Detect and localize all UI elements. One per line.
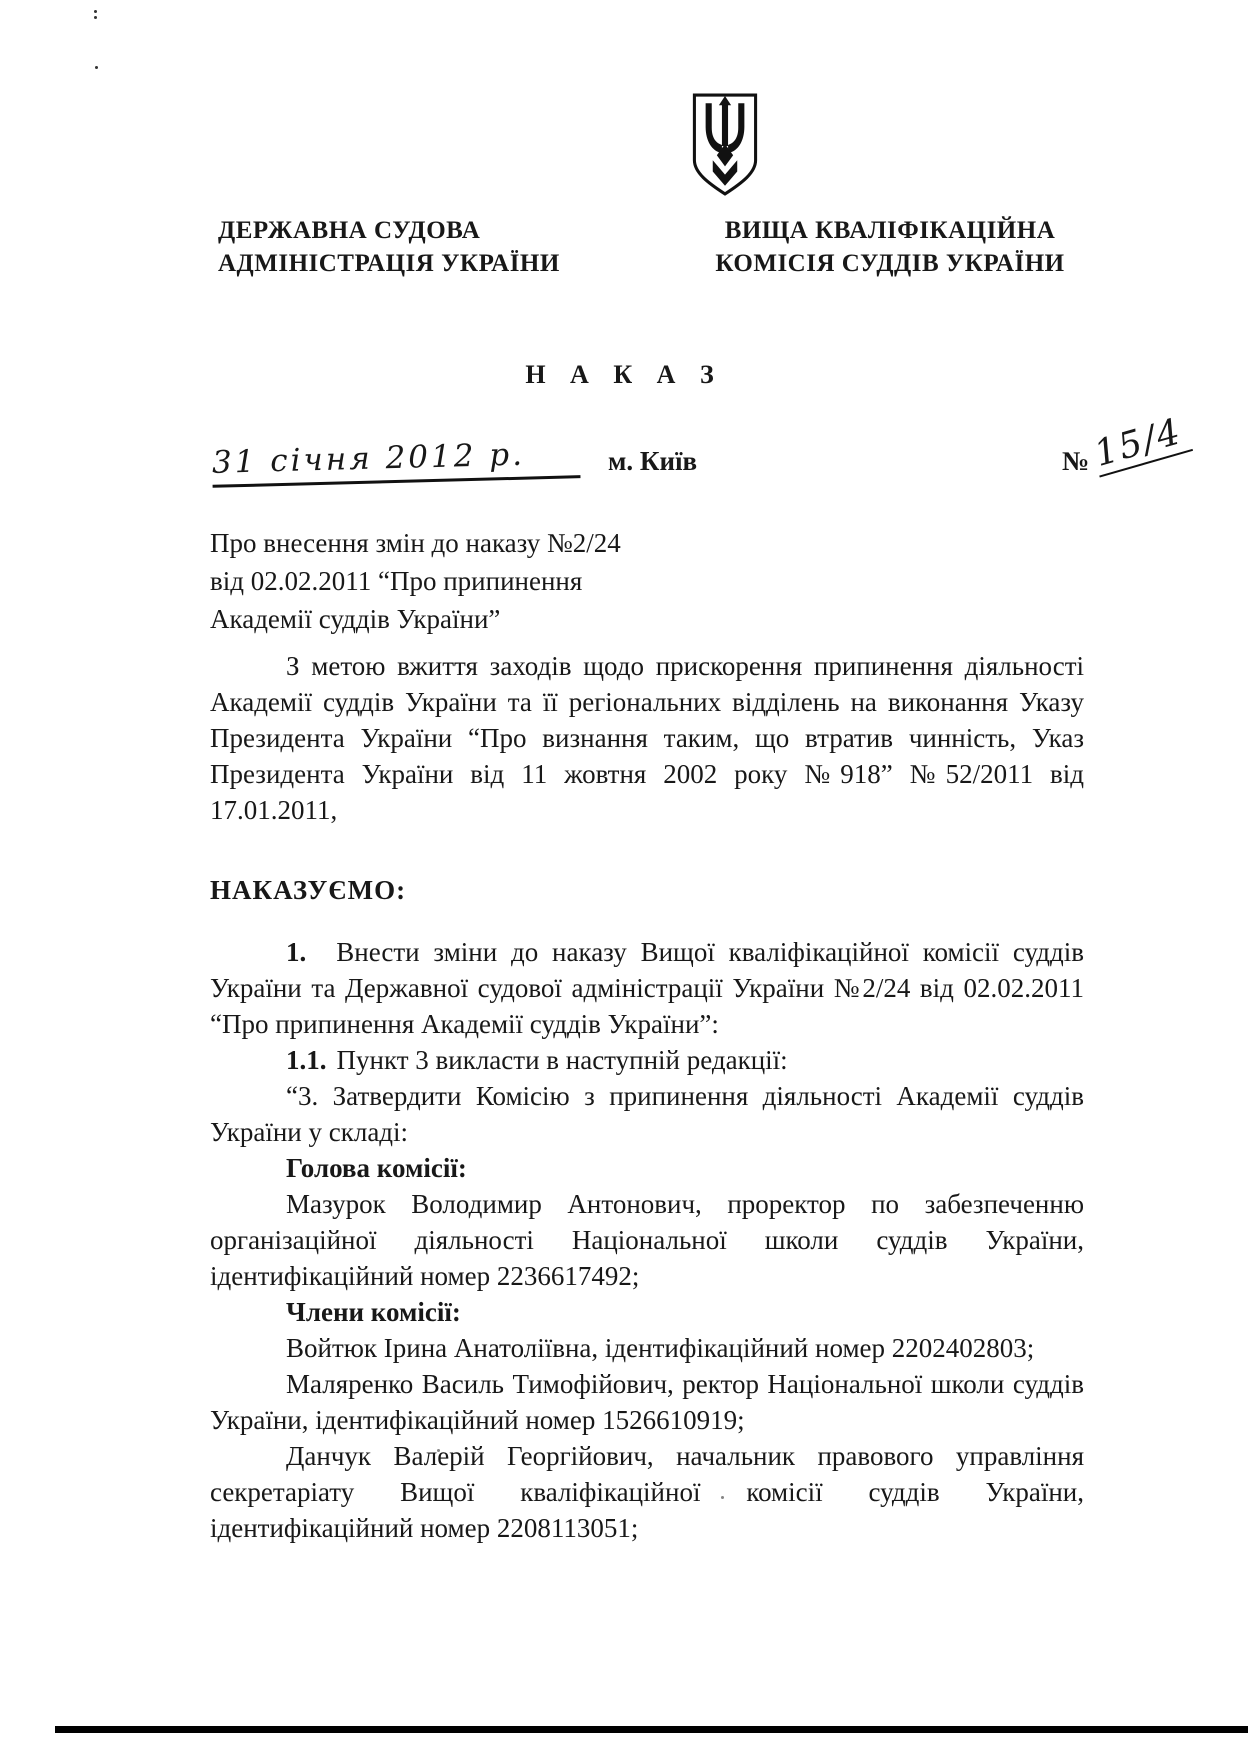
org-left-line2: АДМІНІСТРАЦІЯ УКРАЇНИ: [218, 247, 618, 280]
org-left-line1: ДЕРЖАВНА СУДОВА: [218, 214, 618, 247]
item-1-number: 1.: [286, 937, 306, 967]
org-right-line2: КОМІСІЯ СУДДІВ УКРАЇНИ: [695, 247, 1085, 280]
org-right-line1: ВИЩА КВАЛІФІКАЦІЙНА: [695, 214, 1085, 247]
ukraine-trident-emblem: [691, 93, 759, 197]
scanned-order-document: ДЕРЖАВНА СУДОВА АДМІНІСТРАЦІЯ УКРАЇНИ ВИ…: [0, 0, 1248, 1755]
page-bottom-scan-line: [55, 1726, 1248, 1733]
dateline-row: 31 січня 2012 р. м. Київ № 15/4: [0, 438, 1248, 508]
commission-head-label: Голова комісії:: [210, 1150, 1084, 1186]
commission-members-label: Члени комісії:: [210, 1294, 1084, 1330]
item-1-1-number: 1.1.: [286, 1045, 327, 1075]
org-name-left: ДЕРЖАВНА СУДОВА АДМІНІСТРАЦІЯ УКРАЇНИ: [218, 214, 618, 280]
commission-member-3: Данчук Валерій Георгійович, начальник пр…: [210, 1438, 1084, 1546]
number-label: №: [1062, 446, 1089, 477]
item-1-text: Внести зміни до наказу Вищої кваліфікаці…: [210, 937, 1084, 1039]
document-title: Н А К А З: [0, 360, 1248, 390]
order-heading: НАКАЗУЄМО:: [210, 872, 1084, 908]
order-item-3-quoted: “3. Затвердити Комісію з припинення діял…: [210, 1078, 1084, 1150]
order-item-1: 1.Внести зміни до наказу Вищої кваліфіка…: [210, 934, 1084, 1042]
commission-member-1: Войтюк Ірина Анатоліївна, ідентифікаційн…: [210, 1330, 1084, 1366]
city-label: м. Київ: [608, 446, 697, 477]
subject-block: Про внесення змін до наказу №2/24 від 02…: [210, 524, 810, 638]
subject-line1: Про внесення змін до наказу №2/24: [210, 524, 810, 562]
handwritten-number: 15/4: [1088, 409, 1193, 477]
subject-line2: від 02.02.2011 “Про припинення: [210, 562, 810, 600]
order-item-1-1: 1.1.Пункт 3 викласти в наступній редакці…: [210, 1042, 1084, 1078]
commission-member-2: Маляренко Василь Тимофійович, ректор Нац…: [210, 1366, 1084, 1438]
handwritten-date: 31 січня 2012 р.: [212, 435, 581, 488]
scan-speck: [94, 10, 97, 13]
subject-line3: Академії суддів України”: [210, 600, 810, 638]
scan-speck: [95, 66, 98, 69]
item-1-1-text: Пункт 3 викласти в наступній редакції:: [337, 1045, 788, 1075]
document-body: З метою вжиття заходів щодо прискорення …: [210, 648, 1084, 1546]
preamble-paragraph: З метою вжиття заходів щодо прискорення …: [210, 648, 1084, 828]
org-name-right: ВИЩА КВАЛІФІКАЦІЙНА КОМІСІЯ СУДДІВ УКРАЇ…: [695, 214, 1085, 280]
commission-head-member: Мазурок Володимир Антонович, проректор п…: [210, 1186, 1084, 1294]
